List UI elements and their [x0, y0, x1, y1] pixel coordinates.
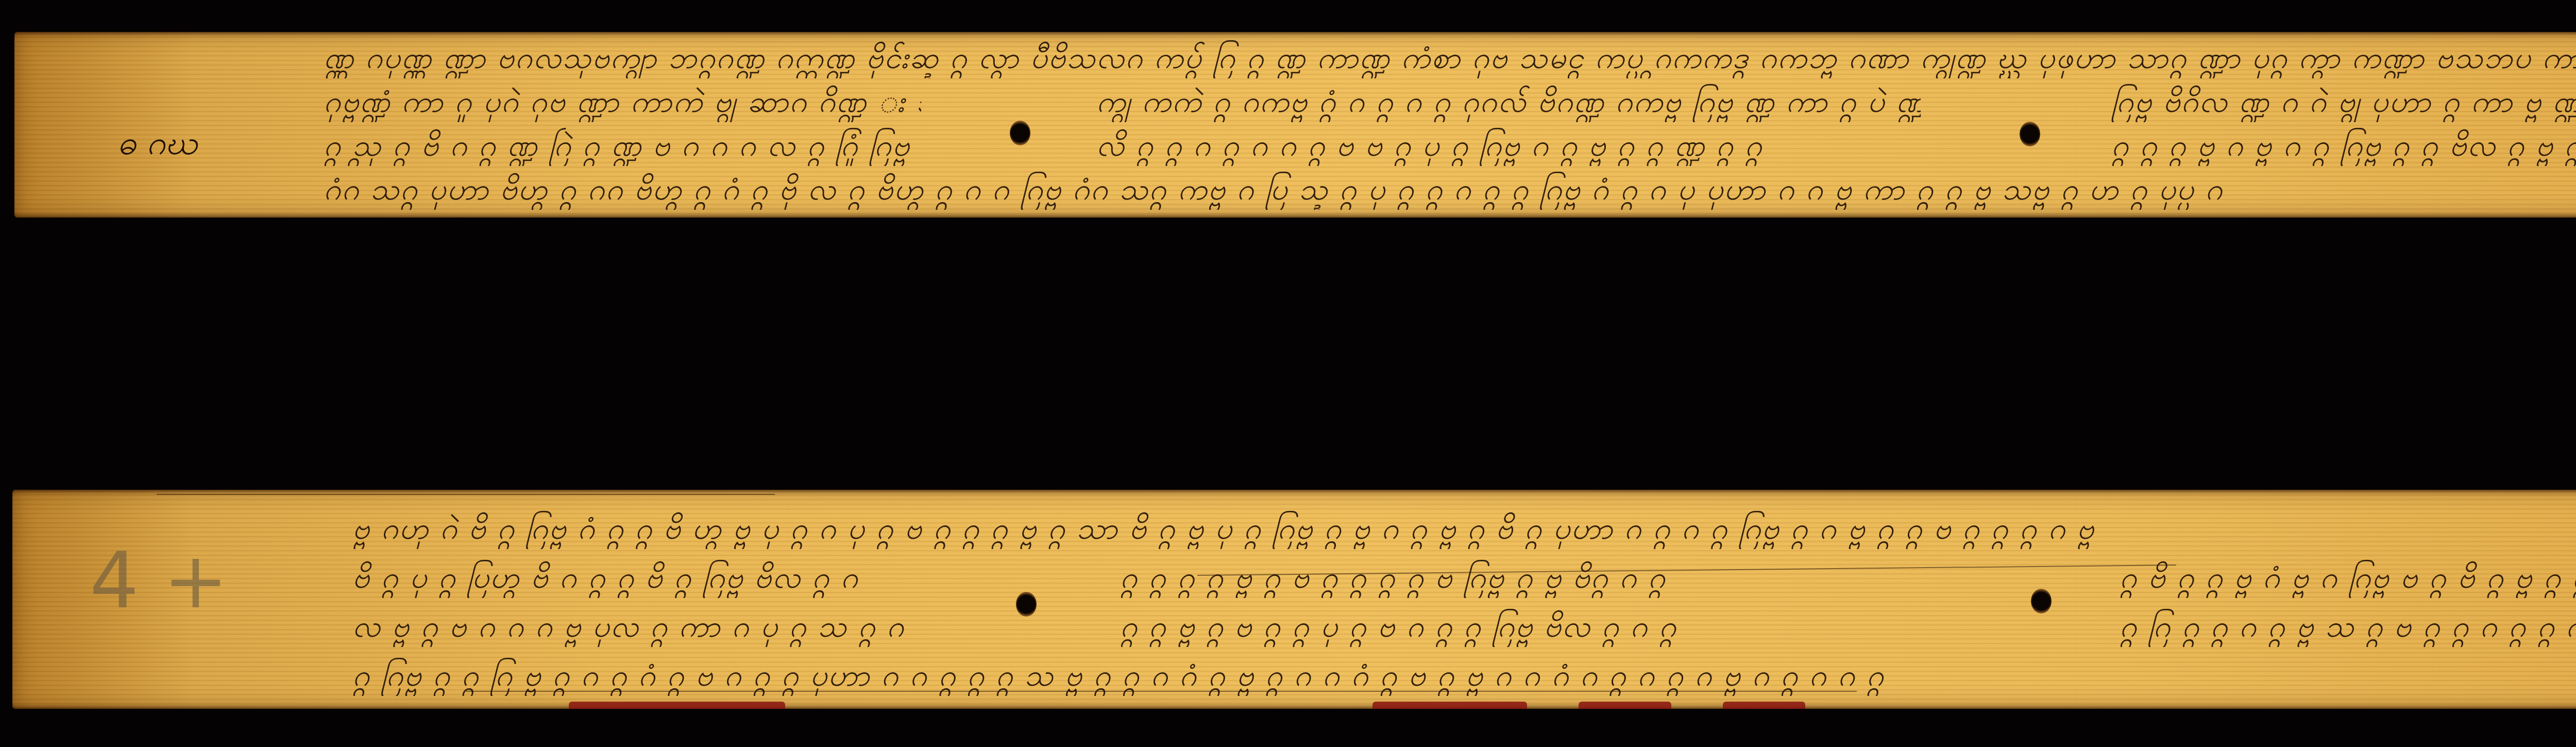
text-line-3-middle: ဂ္ဂ ဂ္ဂ ဗ္ဗ ဂ္ဂ ဗ ဂ္ဂ ဂ္ဂ ပု ဂ္ဂ ဗ ဂ ဂ္ဂ… [1120, 606, 1934, 647]
text-line-2-left: ဗိ ဂ္ဂ ပု ဂ္ဂ ပြဟွ ဗိ ဂ ဂ္ဂ ဂ္ဂ ဗိ ဂ္ဂ ဂ… [352, 557, 929, 598]
underline-rule [466, 691, 1857, 692]
red-wax-stain [1723, 702, 1805, 709]
text-line-1: ဗ္ဗ ဂဟု ဂဲ ဗိ ဂ္ဂ ဂြဗ္ဗ ဂံ ဂ္ဂ ဂ္ဂ ဗိ ဟွ… [352, 508, 2576, 549]
red-wax-stain [1579, 702, 1671, 709]
string-hole-right [2031, 589, 2052, 613]
pencil-margin-marks: 4 + [90, 536, 228, 626]
red-wax-stain [569, 702, 785, 709]
text-line-3-middle: လိ ဂ္ဂ ဂ္ဂ ဂ ဂ္ဂ ဂ ဂ ဂ္ဂ ဗ ဗ ဂ္ဂ ပု ဂ္ဂ … [1096, 125, 1921, 166]
string-hole-left [1010, 121, 1030, 145]
text-line-4: ဂံဂ သဂ္ဂ ပုဟာ ဗိဟွ ဂ္ဂ ဂဂ ဗိဟွ ဂ္ဂ ဂံ ဂ္… [324, 169, 2576, 210]
ruling-line [157, 494, 775, 495]
text-line-2-right: ဂြဗ္ဗ ဗိဂိလ ဏ္ဍ ဂ ဂဲ ဗျွ ပုဟာ ဂ္ဂ ကာ ဗ္ဗ… [2111, 81, 2576, 122]
text-line-3-left: ဂ္ဂ္ဂ သု ဂ္ဂ ဗိ ဂ ဂ္ဂ ဏ္ဍ ဂြဲ ဂ္ဂ ဏ္ဍ ဗ … [324, 125, 921, 166]
text-line-3-right: ဂ္ဂ ဂြ ဂ္ဂ ဂ္ဂ ဂ ဂ္ဂ ဗ္ဗ သ ဂ္ဂ ဗ ဂ္ဂ ဂ္ဂ… [2120, 606, 2576, 647]
palm-leaf-folio-2: 4 + ဗ္ဗ ဂဟု ဂဲ ဗိ ဂ္ဂ ဂြဗ္ဗ ဂံ ဂ္ဂ ဂ္ဂ ဗ… [12, 490, 2576, 709]
text-line-2-right: ဂ္ဂ ဗိ ဂ္ဂ ဂ္ဂ ဗ္ဗ ဂံ ဗ္ဗ ဂ ဂြဗ္ဗ ဗ ဂ္ဂ … [2120, 557, 2576, 598]
text-line-2-middle: ကျွ ကကဲ ဂ္ဂ ဂကဗ္ဗ ဂ္ဂံ ဂ ဂ္ဂ ဂ ဂ္ဂ ဂုဂလ်… [1096, 81, 1921, 122]
text-line-3-right: ဂ္ဂ ဂ္ဂ ဂ္ဂ ဗ္ဗ ဂ ဗ္ဗ ဂ ဂ္ဂ ဂြဗ္ဗ ဂ္ဂ ဂ္… [2111, 125, 2576, 166]
text-line-2-middle: ဂ္ဂ ဂ္ဂ ဂ္ဂ ဂ္ဂ ဗ္ဗ ဂ္ဂ ဗ ဂ္ဂ ဂ္ဂ ဂ္ဂ ဂ္… [1120, 557, 1934, 598]
text-line-3-left: လ ဗ္ဗ ဂ္ဂ ဗ ဂ ဂ ဂ ဗ္ဗ ပုလ ဂ္ဂ ကာ ဂ ပု ဂ္… [352, 606, 929, 647]
text-line-1: ဏ္ဏ ဂပုဏ္ဏ ဏ္ဍာ ဗဂလသုဗကျွာ ဘဂ္ဂဂဏ္ဍ ဂဣဏ္… [324, 37, 2576, 78]
palm-leaf-folio-1: ဓ ဂဃ ဏ္ဏ ဂပုဏ္ဏ ဏ္ဍာ ဗဂလသုဗကျွာ ဘဂ္ဂဂဏ္ဍ… [14, 32, 2576, 218]
string-hole-right [2020, 122, 2040, 146]
string-hole-left [1016, 592, 1037, 617]
text-line-4: ဂ္ဂ ဂြဗ္ဗ ဂ္ဂ ဂ္ဂ ဂြ ဗ္ဗ ဂ္ဂ ဂ ဂ္ဂ ဂံ ဂ္… [352, 655, 2576, 696]
text-line-2-left: ဂုဗ္ဗဏ္ဍံ ကာ ဂူ ပုဂဲ ဂုဗ ဏ္ဍာ ကာကဲ ဗျွ ဆ… [324, 81, 921, 122]
red-wax-stain [1372, 702, 1527, 709]
folio-number: ဓ ဂဃ [117, 122, 197, 171]
